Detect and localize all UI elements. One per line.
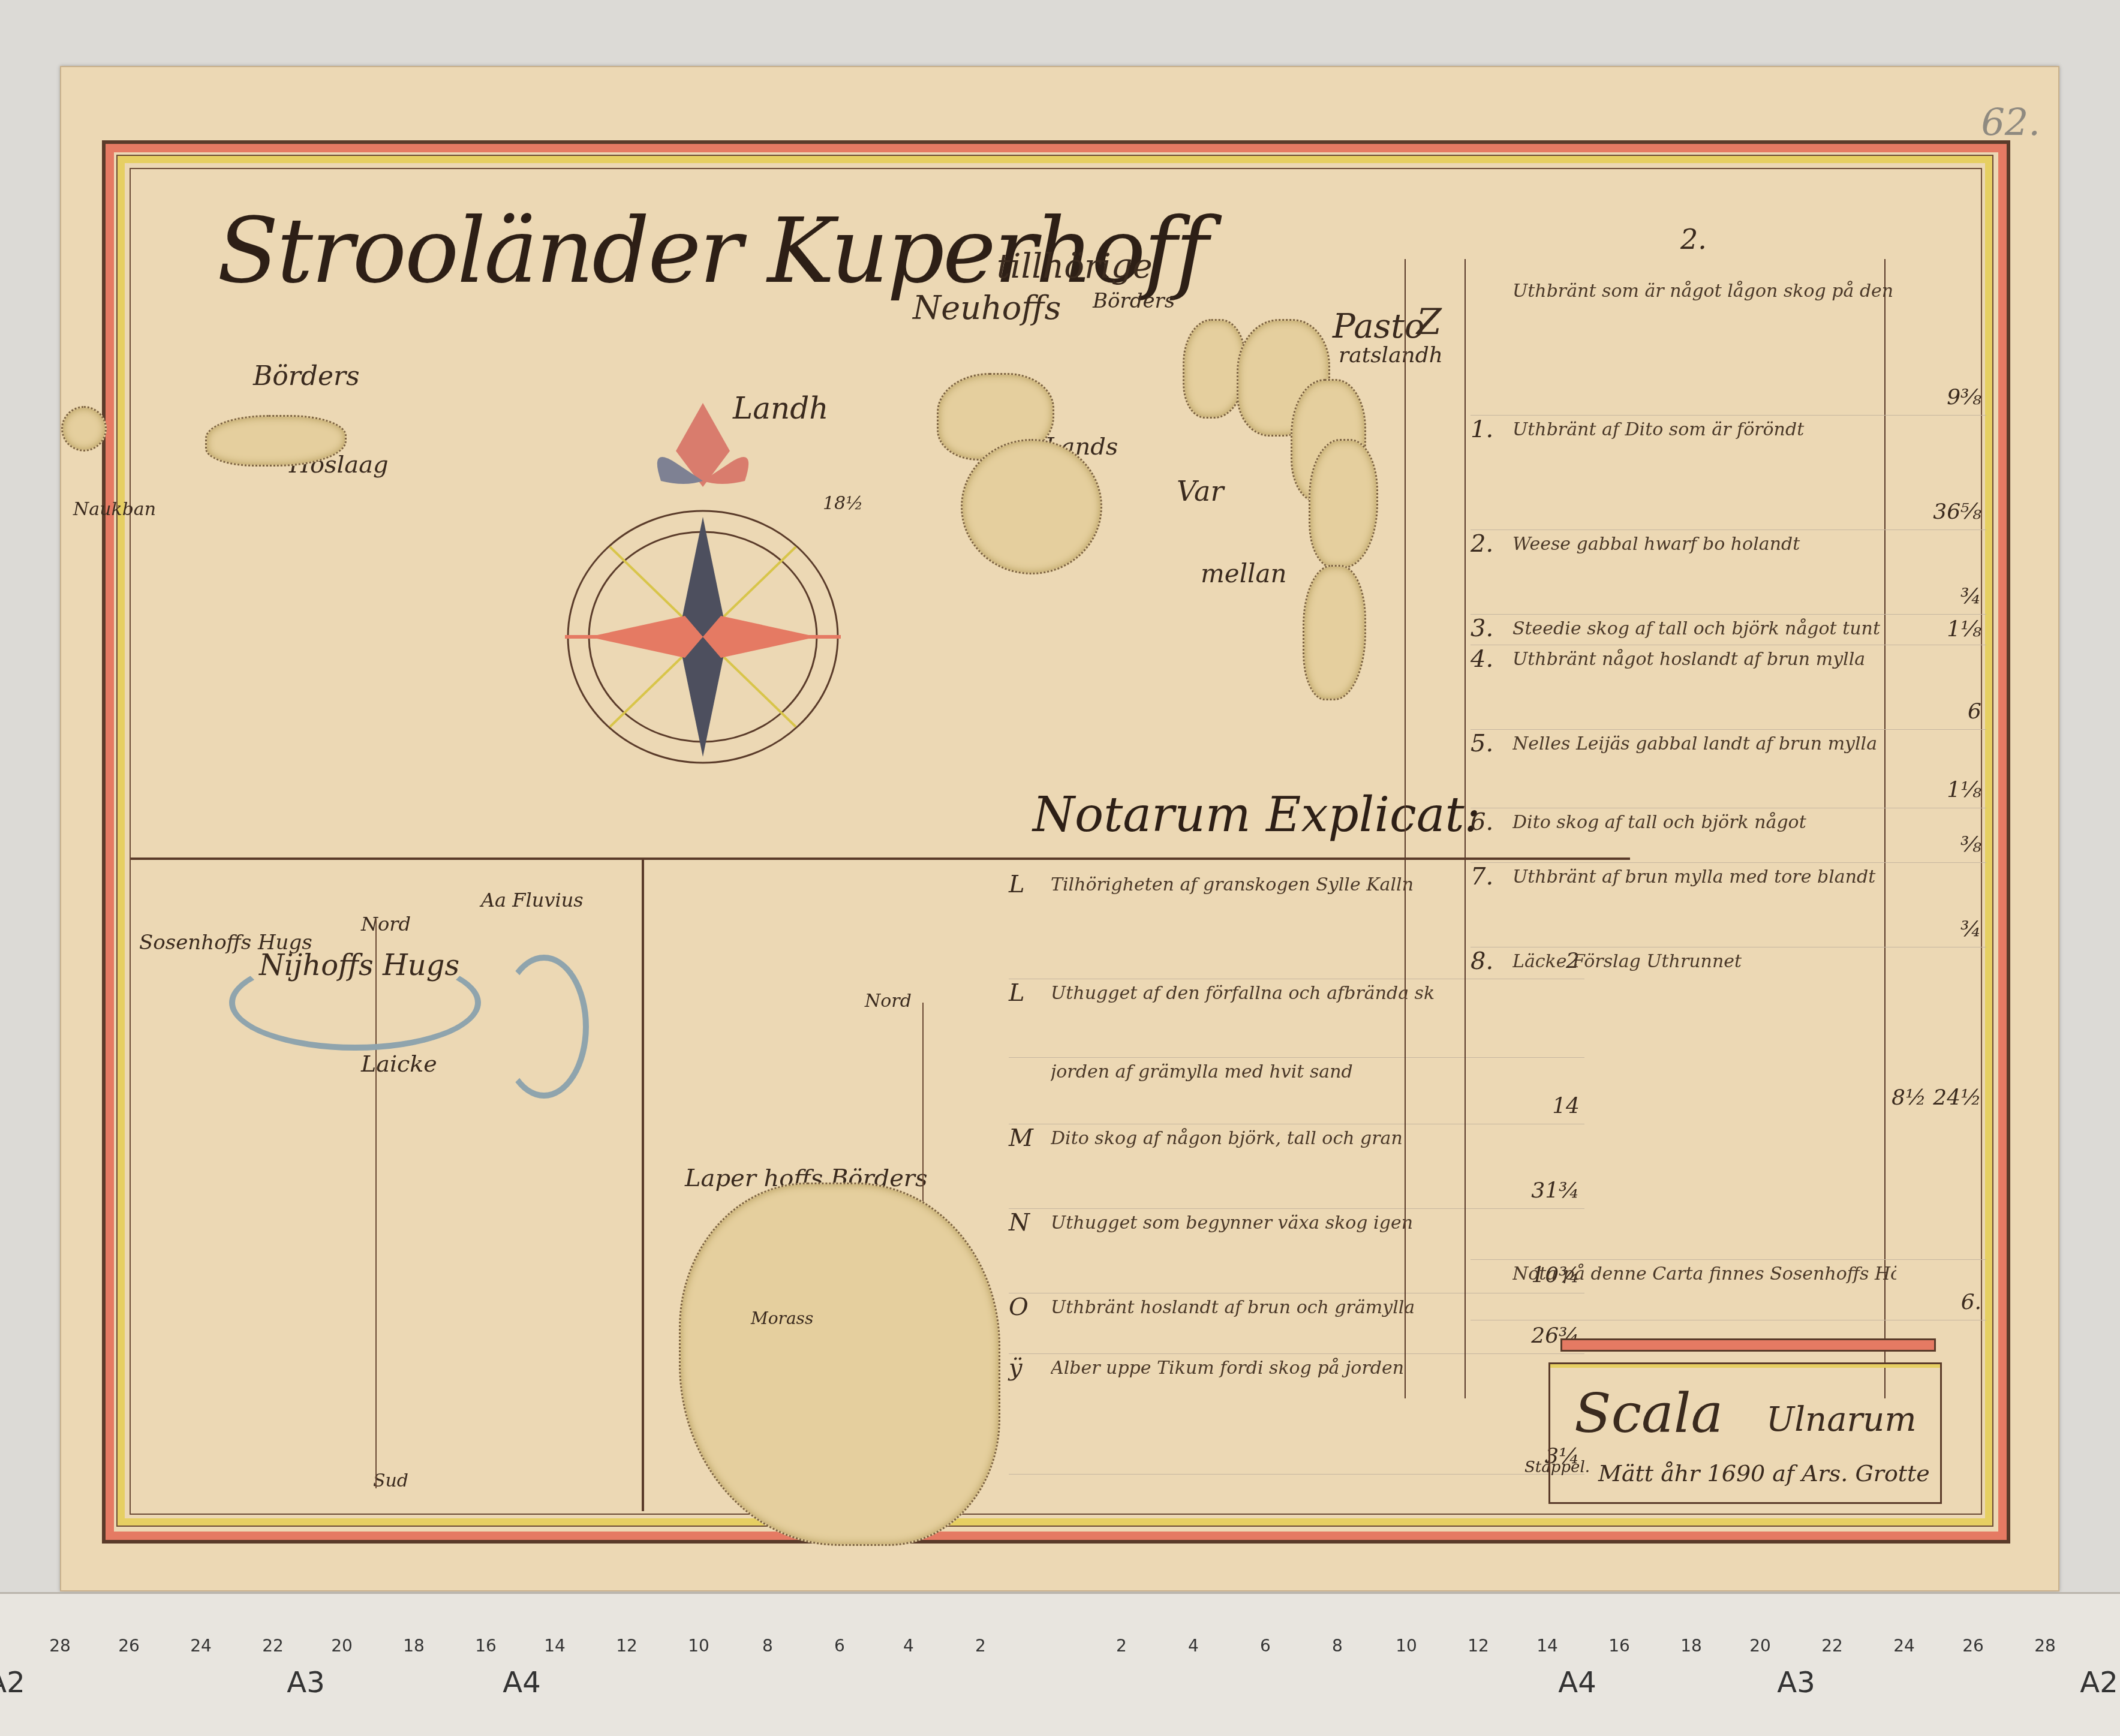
scale-unit: Ulnarum [1766,1400,1917,1439]
scale-bar [1560,1338,1936,1352]
estate-outline [679,1183,1000,1546]
table-row: 7.Uthbränt af brun mylla med tore blandt… [1471,863,1986,947]
paper-size-label: A4 [503,1666,540,1699]
right-description-table: 2. Z Uthbränt som är något lågon skog på… [1405,223,1992,1410]
table-row: 4.Uthbränt något hoslandt af brun mylla6 [1471,645,1986,730]
field-parcel [1303,565,1366,700]
right-table-number: 2. [1680,223,1707,255]
table-row: 2.Weese gabbal hwarf bo holandt¾ [1471,530,1986,615]
paper-size-label: A4 [1558,1666,1596,1699]
table-row: Uthbränt som är något lågon skog på den9… [1471,277,1986,416]
measuring-ruler: 28 26 24 22 20 18 16 14 12 10 8 6 4 2 2 … [0,1592,2120,1736]
map-divider-vertical [642,858,644,1511]
scale-title: Scala [1574,1382,1723,1445]
paper-size-label: A3 [1777,1666,1815,1699]
label-mellan: mellan [1201,559,1287,588]
table-row: Nota på denne Carta finnes Sosenhoffs Hö… [1471,1260,1986,1320]
scale-cartouche: Scala Ulnarum Mätt åhr 1690 af Ars. Grot… [1548,1362,1942,1504]
surveyor-signature: Mätt åhr 1690 af Ars. Grotte [1598,1460,1930,1487]
table-row: 8.Läcke Förslag Uthrunnet8½ 24½ [1471,947,1986,1260]
table-row: 1.Uthbränt af Dito som är föröndt36⅝ [1471,416,1986,530]
right-table-letter: Z [1417,301,1442,343]
label-neuhoffs: Neuhoffs [913,289,1061,327]
label-borders-right: Börders [1093,289,1175,313]
paper-size-label: A2 [2080,1666,2118,1699]
river-aa [229,955,481,1051]
field-parcel [205,415,347,467]
compass-rose-icon [565,397,841,781]
map-subtitle: tillhörige [997,247,1153,286]
paper-size-label: A3 [287,1666,324,1699]
label-var: Var [1177,475,1223,507]
map-sheet: 62. Strooländer Kuperhoff tillhörige Bör… [60,66,2059,1591]
label-naukban: Naukban [73,499,156,520]
label-nord-left: Nord [361,913,411,935]
sheet-number: 62. [1981,100,2040,144]
paper-size-label: A2 [0,1666,25,1699]
river-bend [499,955,589,1099]
field-parcel [1309,439,1378,568]
table-row: 5.Nelles Leijäs gabbal landt af brun myl… [1471,730,1986,808]
table-row: 3.Steedie skog af tall och björk något t… [1471,615,1986,645]
label-laicke: Laicke [361,1051,437,1077]
label-borders-left: Börders [253,361,360,392]
label-sud-left: Sud [373,1470,408,1491]
label-aa-fluvius: Aa Fluvius [481,889,584,911]
label-nord-center: Nord [865,991,912,1012]
label-morass: Morass [751,1308,813,1328]
field-parcel [961,439,1102,574]
right-table-rows: Uthbränt som är något lågon skog på den9… [1471,277,1986,1320]
field-parcel [61,406,107,452]
table-row: 6.Dito skog af tall och björk något⅜ [1471,808,1986,863]
